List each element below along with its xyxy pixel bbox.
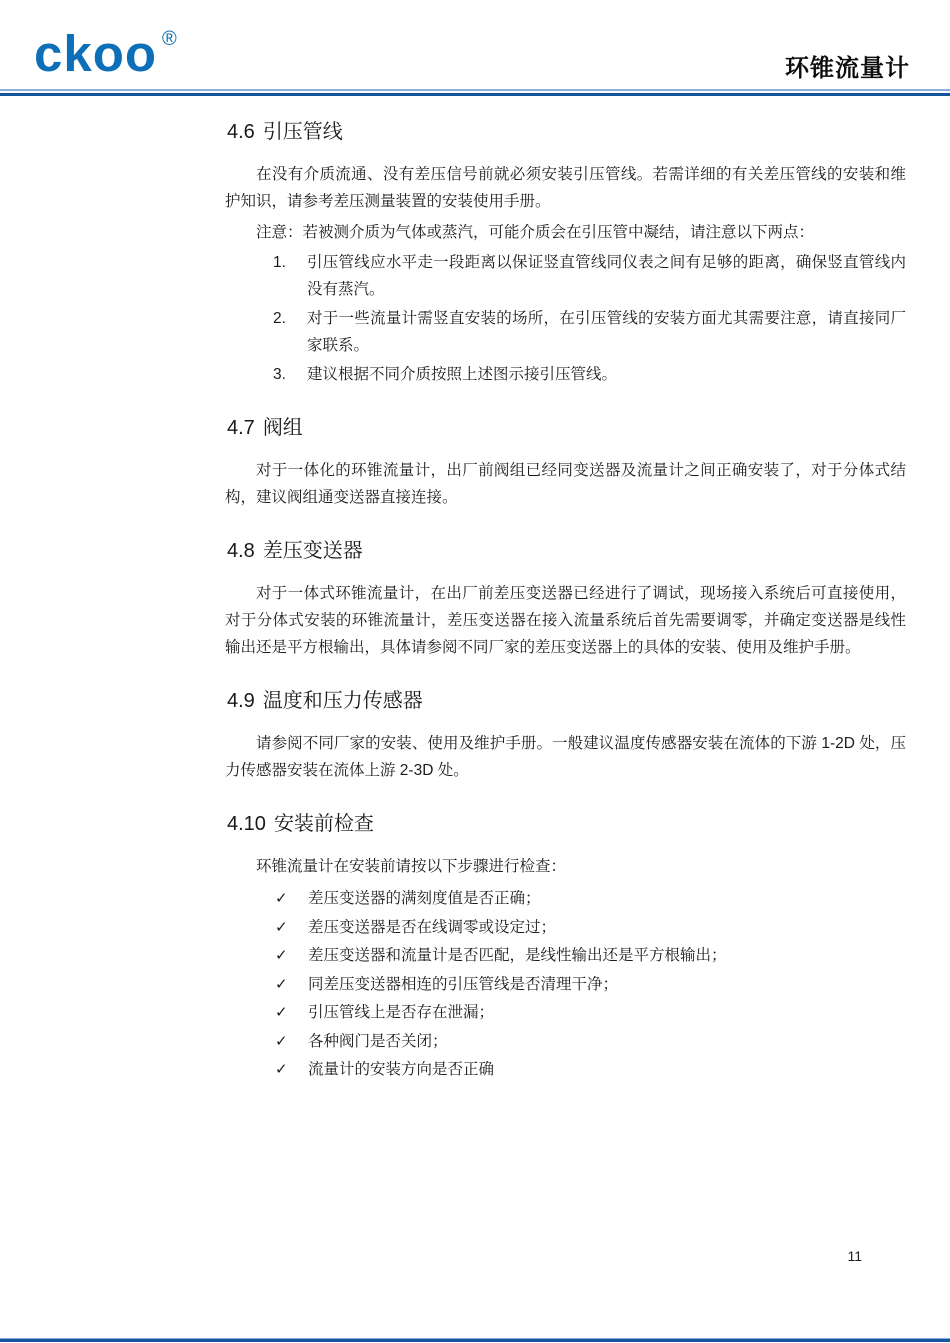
list-item: 3. 建议根据不同介质按照上述图示接引压管线。 bbox=[273, 361, 906, 388]
logo-wordmark: ckoo bbox=[34, 25, 157, 82]
paragraph: 对于一体式环锥流量计，在出厂前差压变送器已经进行了调试，现场接入系统后可直接使用… bbox=[225, 580, 906, 661]
section-number: 4.8 bbox=[227, 540, 255, 562]
section-heading-4-7: 4.7阀组 bbox=[227, 415, 906, 442]
checklist-item: ✓ 差压变送器是否在线调零或设定过； bbox=[275, 914, 906, 943]
checklist-item-text: 引压管线上是否存在泄漏； bbox=[308, 999, 906, 1028]
checklist: ✓ 差压变送器的满刻度值是否正确； ✓ 差压变送器是否在线调零或设定过； ✓ 差… bbox=[225, 885, 906, 1085]
checklist-item-text: 各种阀门是否关闭； bbox=[308, 1028, 906, 1057]
page-number: 11 bbox=[847, 1248, 862, 1264]
section-title: 安装前检查 bbox=[274, 813, 374, 835]
paragraph: 请参阅不同厂家的安装、使用及维护手册。一般建议温度传感器安装在流体的下游 1-2… bbox=[225, 730, 906, 784]
checklist-item: ✓ 各种阀门是否关闭； bbox=[275, 1028, 906, 1057]
checkmark-icon: ✓ bbox=[275, 1028, 308, 1057]
page-content: 4.6引压管线 在没有介质流通、没有差压信号前就必须安装引压管线。若需详细的有关… bbox=[225, 112, 906, 1085]
checklist-item-text: 差压变送器的满刻度值是否正确； bbox=[308, 885, 906, 914]
section-heading-4-9: 4.9温度和压力传感器 bbox=[227, 688, 906, 715]
paragraph: 环锥流量计在安装前请按以下步骤进行检查： bbox=[225, 853, 906, 880]
section-title: 温度和压力传感器 bbox=[263, 690, 423, 712]
section-heading-4-8: 4.8差压变送器 bbox=[227, 538, 906, 565]
header-divider-dark-line bbox=[0, 93, 950, 96]
checklist-item: ✓ 同差压变送器相连的引压管线是否清理干净； bbox=[275, 971, 906, 1000]
paragraph: 在没有介质流通、没有差压信号前就必须安装引压管线。若需详细的有关差压管线的安装和… bbox=[225, 161, 906, 215]
registered-trademark-icon: ® bbox=[162, 28, 177, 50]
manual-page: ckoo® 环锥流量计 4.6引压管线 在没有介质流通、没有差压信号前就必须安装… bbox=[0, 0, 950, 1343]
section-title: 引压管线 bbox=[263, 121, 343, 143]
list-item-text: 引压管线应水平走一段距离以保证竖直管线同仪表之间有足够的距离，确保竖直管线内没有… bbox=[307, 249, 906, 303]
checkmark-icon: ✓ bbox=[275, 999, 308, 1028]
section-title: 差压变送器 bbox=[263, 540, 363, 562]
document-title: 环锥流量计 bbox=[785, 48, 910, 83]
checklist-item-text: 流量计的安装方向是否正确 bbox=[308, 1056, 906, 1085]
list-item-number: 3. bbox=[273, 361, 307, 388]
numbered-list: 1. 引压管线应水平走一段距离以保证竖直管线同仪表之间有足够的距离，确保竖直管线… bbox=[225, 249, 906, 388]
note-paragraph: 注意：若被测介质为气体或蒸汽，可能介质会在引压管中凝结，请注意以下两点： bbox=[225, 219, 906, 246]
checklist-item: ✓ 引压管线上是否存在泄漏； bbox=[275, 999, 906, 1028]
checklist-item-text: 差压变送器是否在线调零或设定过； bbox=[308, 914, 906, 943]
section-number: 4.6 bbox=[227, 121, 255, 143]
section-title: 阀组 bbox=[263, 417, 303, 439]
checkmark-icon: ✓ bbox=[275, 1056, 308, 1085]
checkmark-icon: ✓ bbox=[275, 914, 308, 943]
checklist-item: ✓ 差压变送器和流量计是否匹配，是线性输出还是平方根输出； bbox=[275, 942, 906, 971]
company-logo: ckoo® bbox=[34, 28, 177, 79]
section-heading-4-10: 4.10安装前检查 bbox=[227, 811, 906, 838]
checkmark-icon: ✓ bbox=[275, 971, 308, 1000]
footer-divider-dark-line bbox=[0, 1339, 950, 1342]
checklist-item-text: 差压变送器和流量计是否匹配，是线性输出还是平方根输出； bbox=[308, 942, 906, 971]
checkmark-icon: ✓ bbox=[275, 942, 308, 971]
section-number: 4.10 bbox=[227, 813, 266, 835]
list-item-text: 对于一些流量计需竖直安装的场所，在引压管线的安装方面尤其需要注意，请直接同厂家联… bbox=[307, 305, 906, 359]
checkmark-icon: ✓ bbox=[275, 885, 308, 914]
list-item: 2. 对于一些流量计需竖直安装的场所，在引压管线的安装方面尤其需要注意，请直接同… bbox=[273, 305, 906, 359]
section-number: 4.9 bbox=[227, 690, 255, 712]
list-item-number: 2. bbox=[273, 305, 307, 359]
section-heading-4-6: 4.6引压管线 bbox=[227, 119, 906, 146]
checklist-item: ✓ 差压变送器的满刻度值是否正确； bbox=[275, 885, 906, 914]
list-item: 1. 引压管线应水平走一段距离以保证竖直管线同仪表之间有足够的距离，确保竖直管线… bbox=[273, 249, 906, 303]
list-item-number: 1. bbox=[273, 249, 307, 303]
header-divider bbox=[0, 89, 950, 96]
section-number: 4.7 bbox=[227, 417, 255, 439]
footer-divider bbox=[0, 1338, 950, 1342]
checklist-item: ✓ 流量计的安装方向是否正确 bbox=[275, 1056, 906, 1085]
list-item-text: 建议根据不同介质按照上述图示接引压管线。 bbox=[307, 361, 906, 388]
checklist-item-text: 同差压变送器相连的引压管线是否清理干净； bbox=[308, 971, 906, 1000]
paragraph: 对于一体化的环锥流量计，出厂前阀组已经同变送器及流量计之间正确安装了，对于分体式… bbox=[225, 457, 906, 511]
